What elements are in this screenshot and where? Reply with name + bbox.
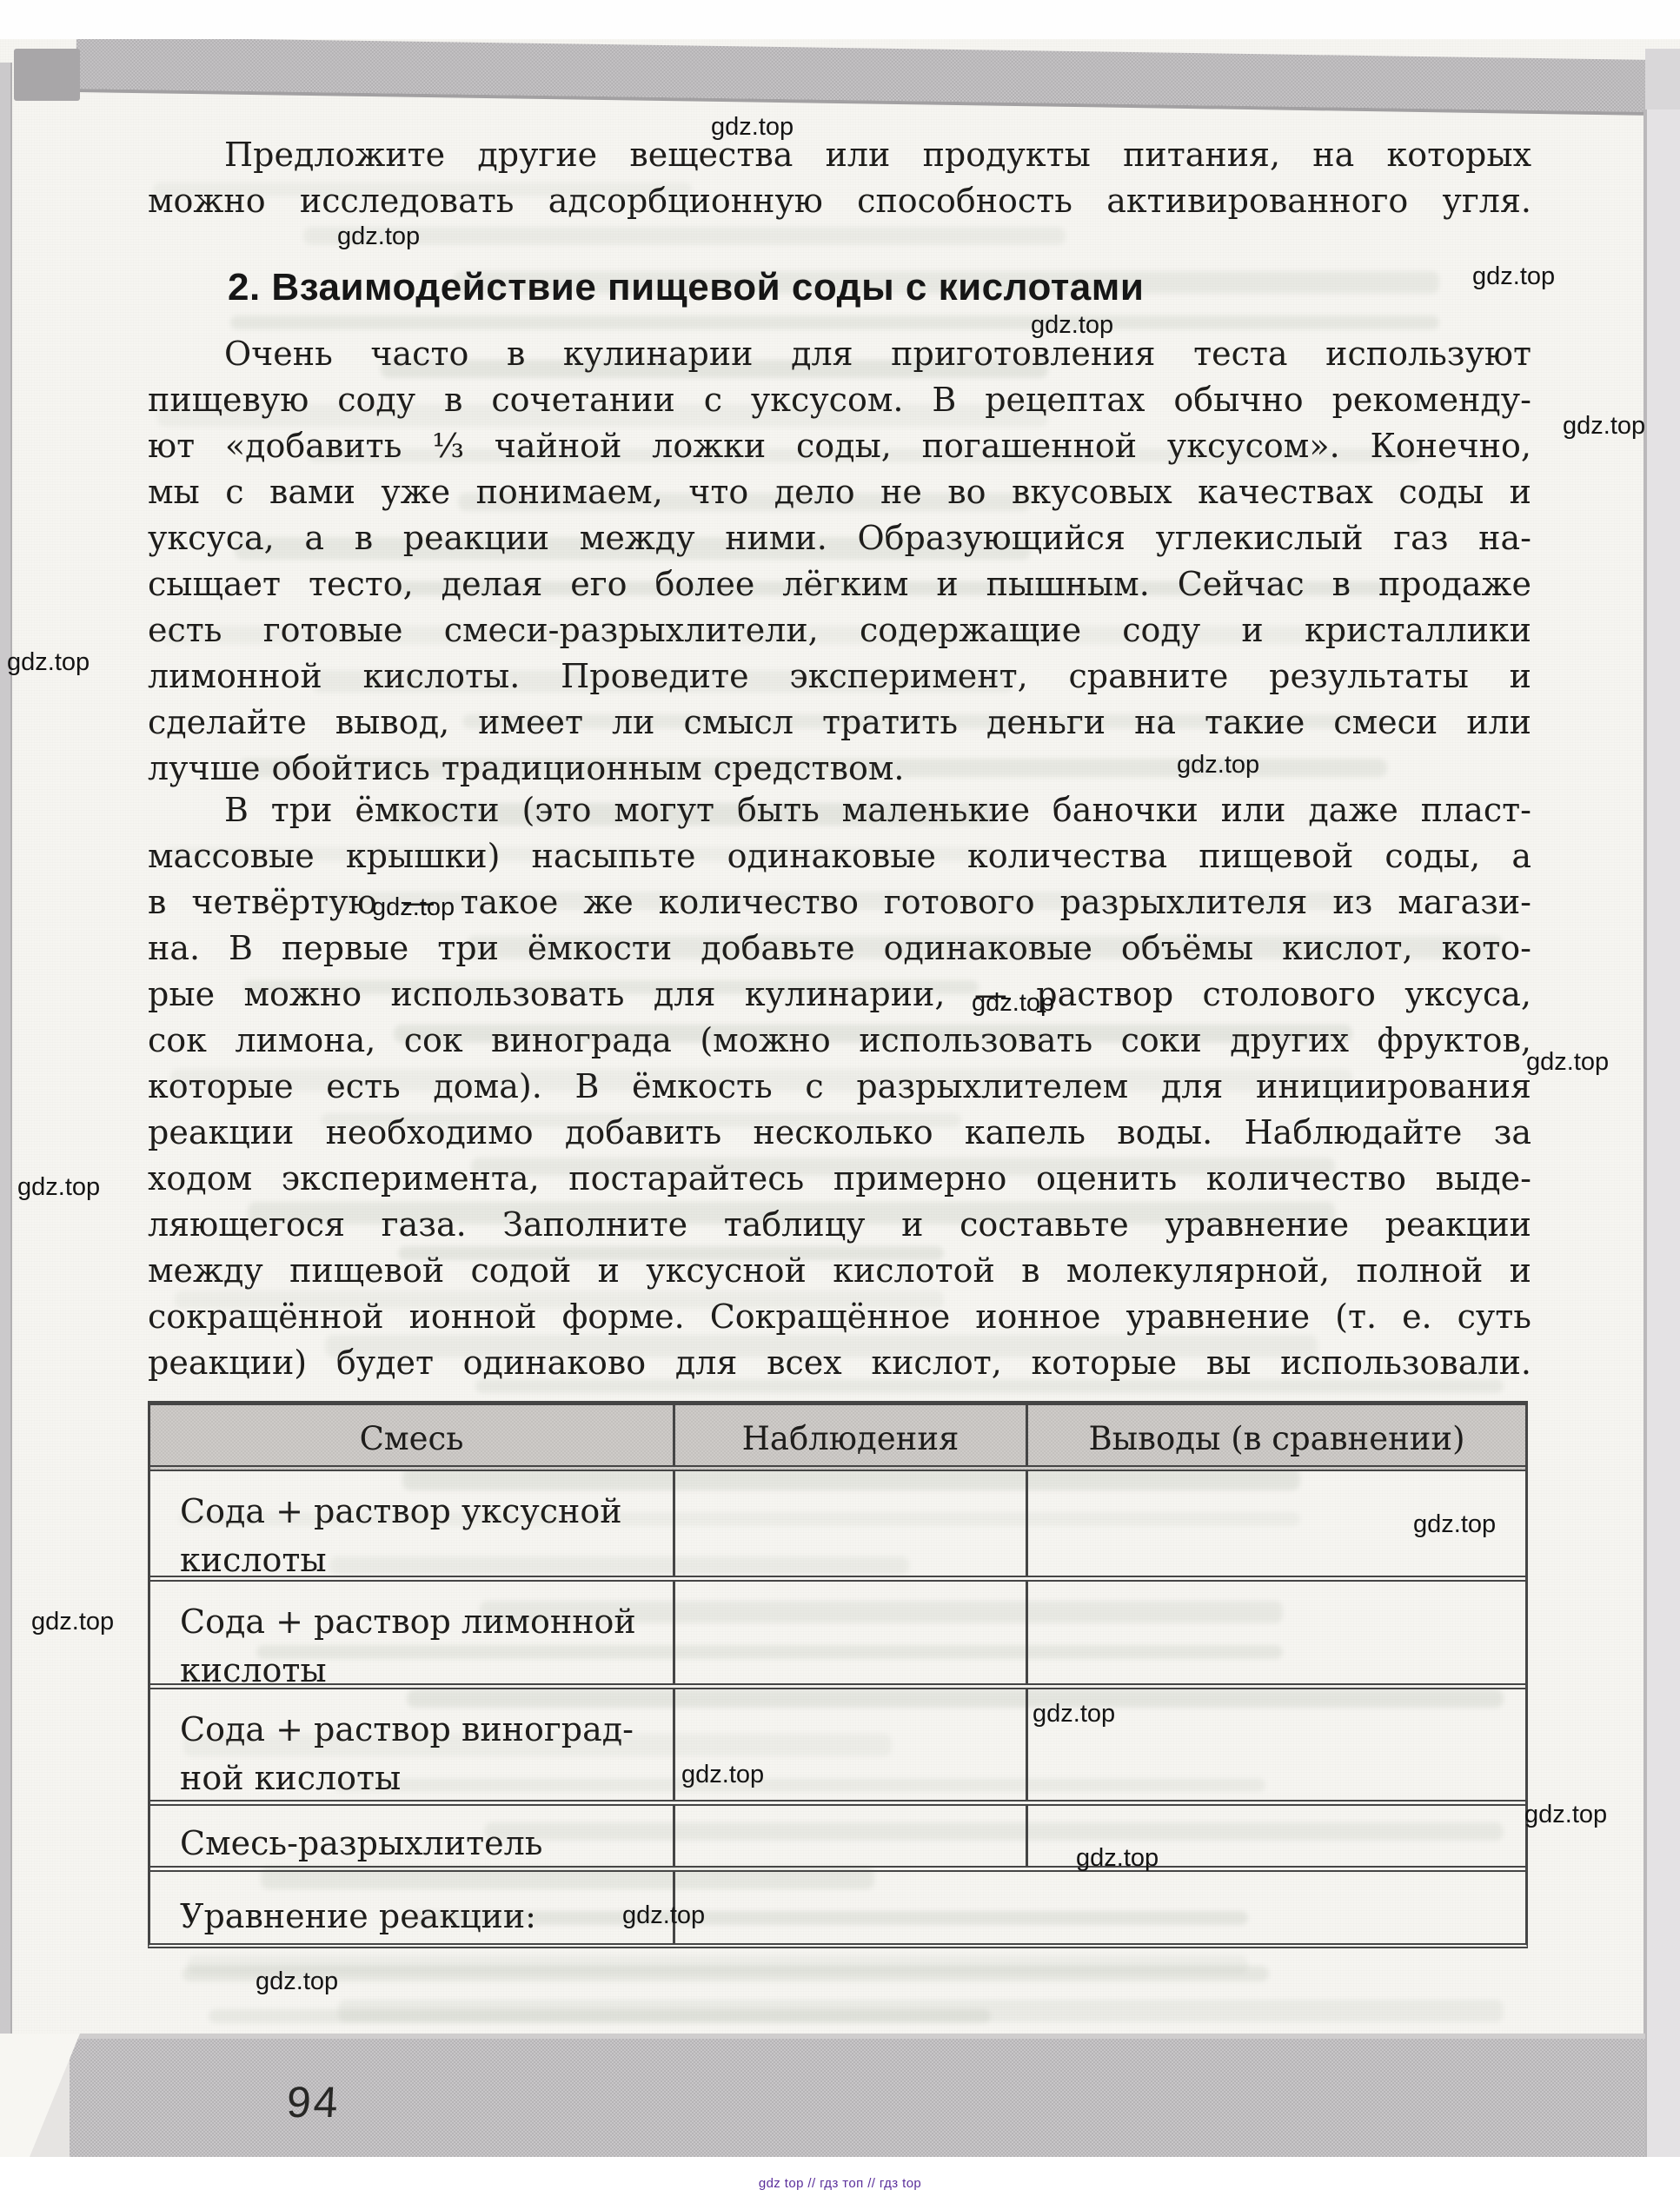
watermark-layer: gdz.topgdz.topgdz.topgdz.topgdz.topgdz.t… [0, 0, 1680, 2203]
gdz-top-watermark: gdz.top [372, 893, 455, 922]
gdz-top-watermark: gdz.top [31, 1608, 114, 1636]
gdz-top-watermark: gdz.top [1031, 311, 1113, 340]
gdz-top-watermark: gdz.top [1033, 1700, 1115, 1729]
gdz-top-watermark: gdz.top [1472, 262, 1555, 291]
gdz-top-watermark: gdz.top [256, 1967, 338, 1996]
gdz-top-watermark: gdz.top [711, 113, 794, 142]
gdz-top-watermark: gdz.top [7, 648, 90, 677]
gdz-top-watermark: gdz.top [1563, 412, 1645, 441]
gdz-top-watermark: gdz.top [1526, 1048, 1609, 1077]
gdz-top-watermark: gdz.top [1177, 751, 1259, 780]
scanned-textbook-page: Ищите нас по запросу ГДЗ ТОП Предложите … [0, 0, 1680, 2203]
gdz-top-watermark: gdz.top [17, 1173, 100, 1202]
gdz-top-watermark: gdz.top [1076, 1844, 1159, 1873]
gdz-top-watermark: gdz.top [622, 1901, 705, 1930]
gdz-top-watermark: gdz.top [1524, 1801, 1607, 1829]
gdz-top-watermark: gdz.top [1413, 1510, 1496, 1539]
gdz-top-watermark: gdz.top [972, 989, 1054, 1018]
gdz-top-watermark: gdz.top [681, 1761, 764, 1789]
gdz-top-watermark: gdz.top [337, 222, 420, 251]
